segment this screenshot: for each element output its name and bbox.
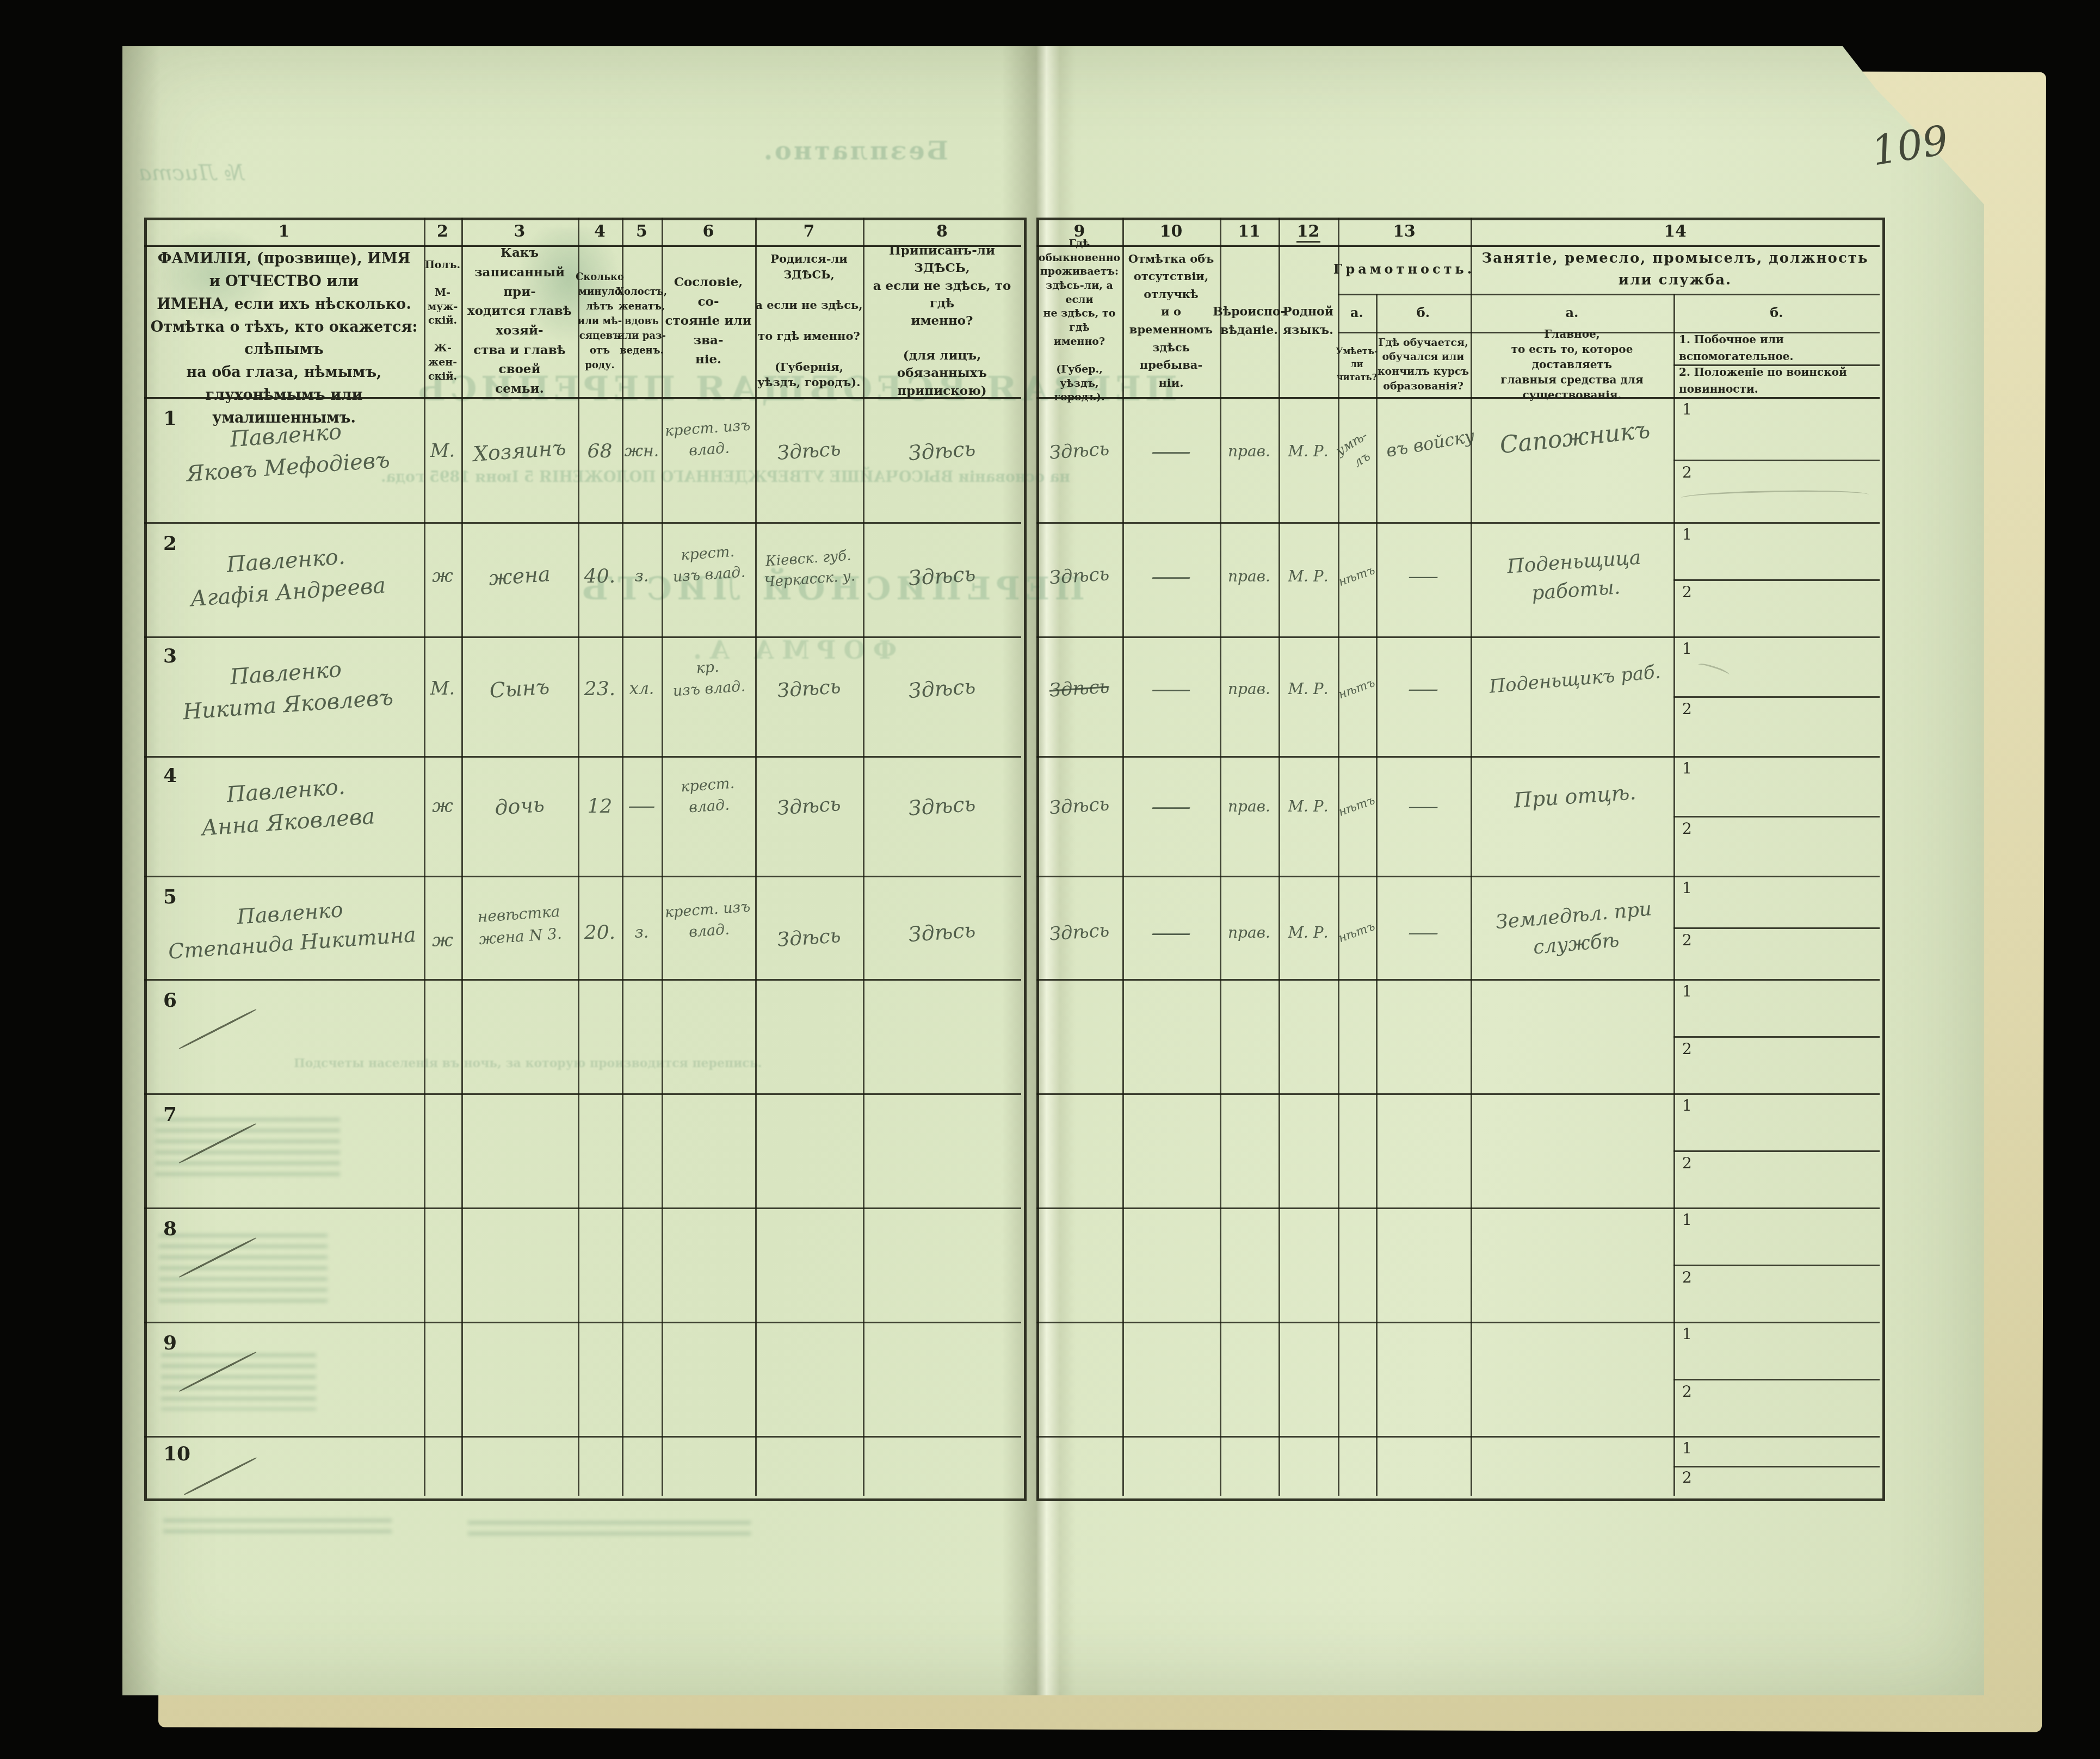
header-occupation-title: Занятіе, ремесло, промыселъ, должность и… bbox=[1471, 245, 1880, 294]
header-name-line1: ФАМИЛІЯ, (прозвище), ИМЯ и ОТЧЕСТВО или … bbox=[150, 247, 418, 316]
rule bbox=[144, 1207, 1021, 1209]
side-occ-label-2: 2 bbox=[1682, 1383, 1692, 1401]
entry-born: Здѣсь bbox=[752, 639, 866, 739]
col-number-11: 11 bbox=[1220, 218, 1278, 245]
entry-educated: — bbox=[1348, 530, 1499, 623]
entry-age: 68 bbox=[578, 405, 622, 498]
rule bbox=[144, 876, 1021, 877]
entry-estate: крест. влад. bbox=[659, 752, 758, 840]
rule bbox=[144, 522, 1021, 524]
side-occ-label-1: 1 bbox=[1682, 1211, 1692, 1229]
header-resides: Гдѣ обыкновенно проживаетъ: здѣсь-ли, а … bbox=[1036, 245, 1122, 397]
entry-estate: крест. изъ влад. bbox=[659, 874, 758, 967]
header-occupation-military: 2. Положеніе по воинской повинности. bbox=[1679, 364, 1880, 397]
header-faith: Вѣроиспо- вѣданіе. bbox=[1220, 245, 1278, 397]
side-occ-label-1: 1 bbox=[1682, 759, 1692, 777]
rule bbox=[1673, 816, 1880, 817]
header-literacy-b-label: б. bbox=[1376, 294, 1471, 332]
rule bbox=[1673, 696, 1880, 698]
entry-marital: жн. bbox=[622, 405, 662, 498]
entry-sex: ж bbox=[424, 760, 461, 853]
entry-name: Павленко. Анна Яковлева bbox=[150, 751, 425, 862]
col-number-3: 3 bbox=[461, 218, 578, 245]
rule bbox=[1036, 1207, 1880, 1209]
entry-faith: прав. bbox=[1220, 760, 1278, 853]
entry-occupation: Поденьщица работы. bbox=[1477, 524, 1673, 629]
entry-registered: Здѣсь bbox=[860, 755, 1024, 858]
rule bbox=[1673, 1265, 1880, 1266]
col-number-8: 8 bbox=[863, 218, 1021, 245]
entry-name: Павленко Никита Яковлевъ bbox=[150, 634, 425, 745]
bleed-free-stamp: Безплатно. bbox=[762, 136, 948, 165]
entry-marital: з. bbox=[622, 530, 662, 623]
row-number: 10 bbox=[163, 1442, 190, 1465]
rule bbox=[1036, 636, 1880, 638]
header-occupation-main: Главное, то есть то, которое доставляетъ… bbox=[1471, 332, 1673, 397]
entry-estate: кр. изъ влад. bbox=[659, 634, 758, 722]
entry-relation: Сынъ bbox=[458, 639, 580, 740]
side-occ-label-1: 1 bbox=[1682, 1097, 1692, 1114]
rule bbox=[1036, 756, 1880, 758]
col-number-7: 7 bbox=[755, 218, 863, 245]
rule bbox=[1036, 1093, 1880, 1095]
col-12-underline bbox=[1296, 241, 1320, 243]
entry-age: 20. bbox=[578, 892, 622, 974]
side-occ-label-1: 1 bbox=[1682, 400, 1692, 418]
entry-registered: Здѣсь bbox=[860, 637, 1024, 741]
entry-marital: хл. bbox=[622, 643, 662, 735]
rule bbox=[1673, 927, 1880, 929]
entry-relation: невѣстка жена N 3. bbox=[458, 873, 581, 978]
entry-name: Павленко Яковъ Мефодіевъ bbox=[150, 396, 425, 507]
entry-registered: Здѣсь bbox=[860, 887, 1024, 979]
entry-occupation: Земледѣл. при службѣ bbox=[1473, 876, 1676, 985]
side-occ-label-2: 2 bbox=[1682, 1154, 1692, 1172]
entry-sex: М. bbox=[424, 643, 461, 735]
header-occupation-b-label: б. bbox=[1673, 294, 1880, 332]
rule bbox=[144, 636, 1021, 638]
entry-registered: Здѣсь bbox=[860, 525, 1024, 628]
entry-estate: крест. изъ влад. bbox=[659, 520, 758, 608]
entry-born: Кіевск. губ. Черкасск. у. bbox=[752, 519, 866, 619]
header-estate: Сословіе, со- стояніе или зва- ніе. bbox=[662, 245, 755, 397]
header-name-column: ФАМИЛІЯ, (прозвище), ИМЯ и ОТЧЕСТВО или … bbox=[150, 247, 418, 394]
header-literacy-reads: Умѣетъ- ли читать? bbox=[1338, 332, 1376, 397]
entry-relation: жена bbox=[458, 527, 580, 627]
col-number-13: 13 bbox=[1338, 218, 1471, 245]
rule bbox=[1673, 579, 1880, 581]
entry-relation: дочь bbox=[458, 757, 580, 857]
header-born: Родился-ли ЗДѢСЬ, а если не здѣсь, то гд… bbox=[755, 245, 863, 397]
row-number: 9 bbox=[163, 1331, 177, 1354]
side-occ-label-2: 2 bbox=[1682, 583, 1692, 601]
header-literacy-where: Гдѣ обучается, обучался или кончилъ курс… bbox=[1376, 332, 1471, 397]
col-number-4: 4 bbox=[578, 218, 622, 245]
header-literacy-title: Грамотность. bbox=[1338, 245, 1471, 294]
header-sex: Полъ. М-муж- скій. Ж-жен- скій. bbox=[424, 245, 461, 397]
entry-marital: з. bbox=[622, 892, 662, 974]
entry-estate: крест. изъ влад. bbox=[659, 395, 758, 483]
side-occ-label-2: 2 bbox=[1682, 931, 1692, 949]
rule bbox=[1673, 1379, 1880, 1380]
col-number-1: 1 bbox=[144, 218, 424, 245]
header-absence: Отмѣтка объ отсутствіи, отлучкѣ и о врем… bbox=[1122, 245, 1220, 397]
entry-sex: ж bbox=[424, 903, 461, 979]
rule bbox=[863, 218, 864, 1496]
col-number-10: 10 bbox=[1122, 218, 1220, 245]
entry-faith: прав. bbox=[1220, 405, 1278, 498]
entry-name: Павленко Степанида Никитина bbox=[150, 872, 433, 984]
rule bbox=[144, 1436, 1021, 1438]
entry-born: Здѣсь bbox=[752, 894, 866, 982]
side-occ-label-2: 2 bbox=[1682, 700, 1692, 718]
rule bbox=[144, 1322, 1021, 1323]
entry-age: 40. bbox=[578, 530, 622, 623]
header-literacy-a-label: а. bbox=[1338, 294, 1376, 332]
side-occ-label-1: 1 bbox=[1682, 982, 1692, 1000]
rule bbox=[144, 756, 1021, 758]
side-occ-label-2: 2 bbox=[1682, 1040, 1692, 1058]
side-occ-label-1: 1 bbox=[1682, 525, 1692, 543]
rule bbox=[1036, 979, 1880, 981]
rule bbox=[144, 979, 1021, 981]
col-number-14: 14 bbox=[1471, 218, 1880, 245]
entry-faith: прав. bbox=[1220, 892, 1278, 974]
entry-sex: М. bbox=[424, 405, 461, 498]
header-age: Сколько минуло лѣтъ или мѣ- сяцевъ отъ р… bbox=[578, 245, 622, 397]
col-number-6: 6 bbox=[662, 218, 755, 245]
entry-occupation: При отцѣ. bbox=[1478, 755, 1672, 839]
row-number: 7 bbox=[163, 1103, 177, 1126]
side-occ-label-2: 2 bbox=[1682, 1268, 1692, 1286]
rule bbox=[144, 1093, 1021, 1095]
side-occ-label-2: 2 bbox=[1682, 463, 1692, 481]
side-occ-label-2: 2 bbox=[1682, 1469, 1692, 1487]
entry-faith: прав. bbox=[1220, 643, 1278, 735]
entry-age: 23. bbox=[578, 643, 622, 735]
header-relation: Какъ записанный при- ходится главѣ хозяй… bbox=[461, 245, 578, 397]
header-registered: Приписанъ-ли ЗДѢСЬ, а если не здѣсь, то … bbox=[863, 245, 1021, 397]
entry-name: Павленко. Агафія Андреева bbox=[150, 521, 425, 632]
row-number: 6 bbox=[163, 989, 177, 1012]
entry-relation: Хозяинъ bbox=[458, 401, 580, 502]
census-sheet-scan: Безплатно. № Листа ПЕРВАЯ ВСЕОБЩАЯ ПЕРЕП… bbox=[0, 0, 2100, 1759]
entry-educated: — bbox=[1348, 760, 1499, 853]
header-marital: Холостъ, женатъ, вдовъ или раз- веденъ. bbox=[622, 245, 662, 397]
ghost-footnote-2 bbox=[468, 1521, 751, 1537]
bleed-sheet-no: № Листа bbox=[139, 160, 244, 185]
rule bbox=[1036, 1436, 1880, 1438]
rule bbox=[1673, 460, 1880, 461]
entry-born: Здѣсь bbox=[752, 401, 866, 501]
header-occupation-side: 1. Побочное или вспомогательное. bbox=[1679, 332, 1880, 364]
rule bbox=[1036, 522, 1880, 524]
rule bbox=[1036, 876, 1880, 877]
header-language: Родной языкъ. bbox=[1278, 245, 1338, 397]
col-number-5: 5 bbox=[622, 218, 662, 245]
col-number-2: 2 bbox=[424, 218, 461, 245]
rule bbox=[1673, 1466, 1880, 1467]
ghost-footnote-1 bbox=[163, 1519, 392, 1537]
side-occ-label-1: 1 bbox=[1682, 1439, 1692, 1457]
entry-registered: Здѣсь bbox=[860, 400, 1024, 503]
entry-sex: ж bbox=[424, 530, 461, 623]
side-occ-label-1: 1 bbox=[1682, 879, 1692, 897]
side-occ-label-1: 1 bbox=[1682, 1325, 1692, 1343]
rule bbox=[1673, 1036, 1880, 1038]
rule bbox=[1673, 294, 1675, 1496]
side-occ-label-1: 1 bbox=[1682, 640, 1692, 658]
side-occ-label-2: 2 bbox=[1682, 820, 1692, 838]
row-number: 8 bbox=[163, 1217, 177, 1240]
entry-born: Здѣсь bbox=[752, 757, 866, 856]
entry-faith: прав. bbox=[1220, 530, 1278, 623]
rule bbox=[1673, 1150, 1880, 1152]
rule bbox=[1036, 1322, 1880, 1323]
